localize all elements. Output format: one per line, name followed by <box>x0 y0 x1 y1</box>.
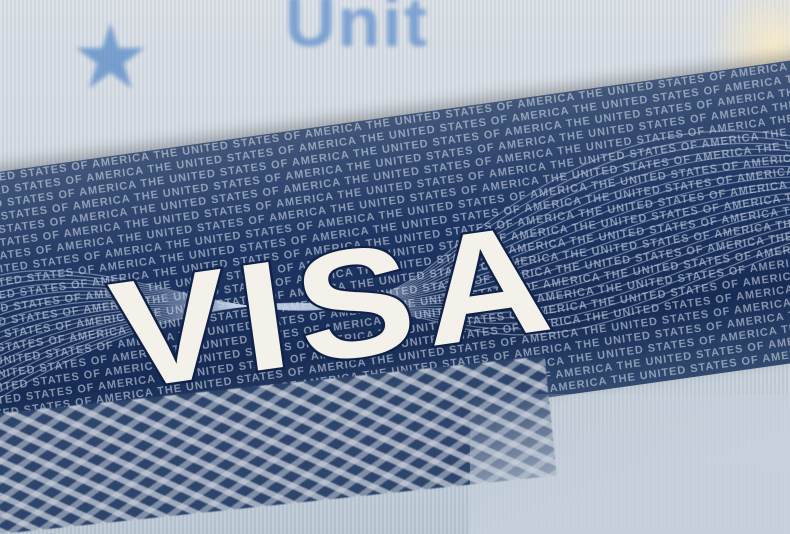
star-icon: ★ <box>70 5 151 110</box>
out-of-focus-area <box>470 394 790 534</box>
visa-photo: ★ Unit THE UNITED STATES OF AMERICA THE … <box>0 0 790 534</box>
background-text: Unit <box>285 0 429 62</box>
